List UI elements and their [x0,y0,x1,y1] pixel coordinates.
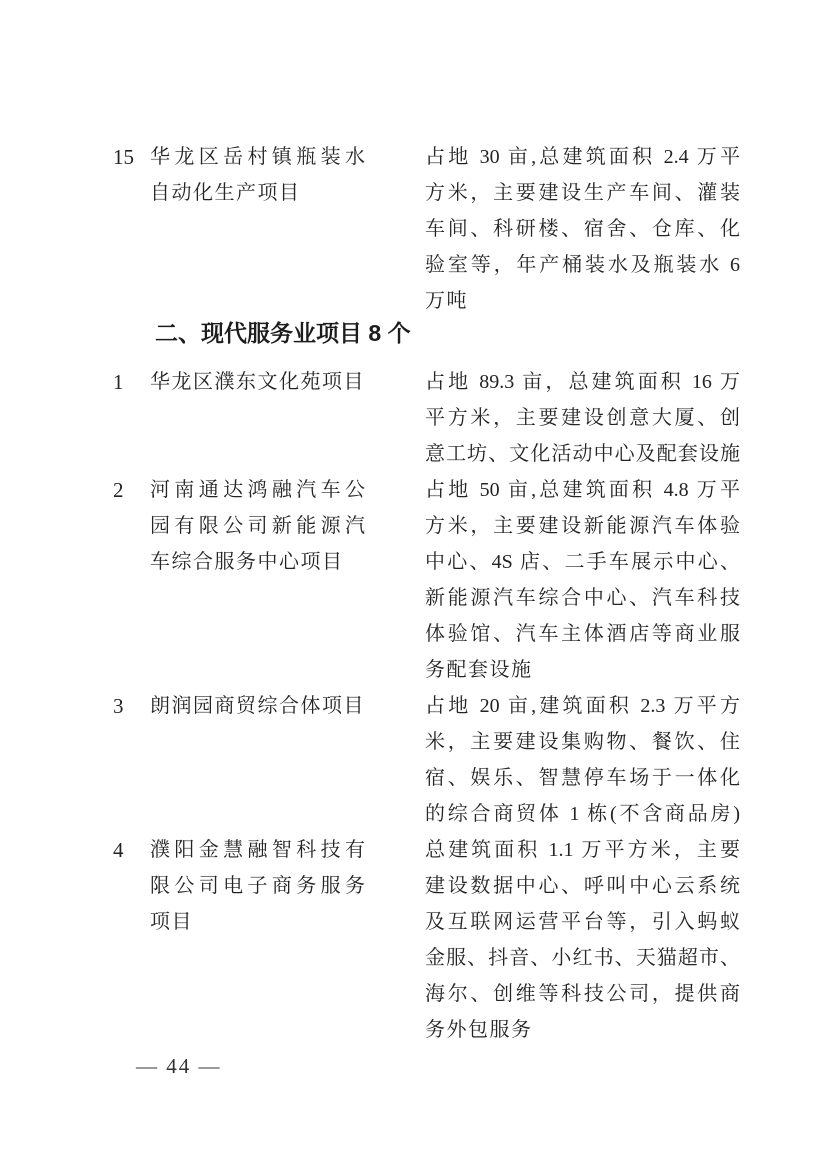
item-title: 朗润园商贸综合体项目 [150,688,365,724]
text-line: 意工坊、文化活动中心及配套设施 [425,436,740,472]
text-line: 及互联网运营平台等，引入蚂蚁 [425,904,740,940]
text-line: 方米，主要建设新能源汽车体验 [425,508,740,544]
text-line: 宿、娱乐、智慧停车场于一体化 [425,760,740,796]
list-item: 2 河南通达鸿融汽车公园有限公司新能源汽车综合服务中心项目 占地 50 亩,总建… [0,472,826,688]
item-description: 总建筑面积 1.1 万平方米，主要建设数据中心、呼叫中心云系统及互联网运营平台等… [425,832,740,1048]
text-line: 万吨 [425,283,740,319]
text-line: 新能源汽车综合中心、汽车科技 [425,580,740,616]
text-line: 濮阳金慧融智科技有 [150,832,365,868]
text-line: 自动化生产项目 [150,175,365,211]
list-item: 4 濮阳金慧融智科技有限公司电子商务服务项目 总建筑面积 1.1 万平方米，主要… [0,832,826,1048]
text-line: 华龙区岳村镇瓶装水 [150,139,365,175]
text-line: 华龙区濮东文化苑项目 [150,364,365,400]
document-page: 15 华龙区岳村镇瓶装水自动化生产项目 占地 30 亩,总建筑面积 2.4 万平… [0,0,826,1169]
item-title: 华龙区濮东文化苑项目 [150,364,365,400]
text-line: 占地 20 亩,建筑面积 2.3 万平方 [425,688,740,724]
list-item: 3 朗润园商贸综合体项目 占地 20 亩,建筑面积 2.3 万平方米，主要建设集… [0,688,826,832]
text-line: 河南通达鸿融汽车公 [150,472,365,508]
page-number: — 44 — [136,1054,222,1078]
text-line: 中心、4S 店、二手车展示中心、 [425,544,740,580]
text-line: 体验馆、汽车主体酒店等商业服 [425,616,740,652]
item-title: 华龙区岳村镇瓶装水自动化生产项目 [150,139,365,211]
text-line: 验室等，年产桶装水及瓶装水 6 [425,247,740,283]
item-number: 3 [113,688,150,724]
item-description: 占地 30 亩,总建筑面积 2.4 万平方米，主要建设生产车间、灌装车间、科研楼… [425,139,740,319]
section-heading: 二、现代服务业项目 8 个 [155,315,826,351]
text-line: 占地 30 亩,总建筑面积 2.4 万平 [425,139,740,175]
text-line: 朗润园商贸综合体项目 [150,688,365,724]
text-line: 平方米，主要建设创意大厦、创 [425,400,740,436]
text-line: 总建筑面积 1.1 万平方米，主要 [425,832,740,868]
text-line: 限公司电子商务服务 [150,868,365,904]
text-line: 车综合服务中心项目 [150,544,365,580]
item-title: 濮阳金慧融智科技有限公司电子商务服务项目 [150,832,365,940]
project-list: 15 华龙区岳村镇瓶装水自动化生产项目 占地 30 亩,总建筑面积 2.4 万平… [0,0,826,1048]
text-line: 米，主要建设集购物、餐饮、住 [425,724,740,760]
text-line: 建设数据中心、呼叫中心云系统 [425,868,740,904]
text-line: 务外包服务 [425,1012,740,1048]
item-number: 1 [113,364,150,400]
list-item: 1 华龙区濮东文化苑项目 占地 89.3 亩，总建筑面积 16 万平方米，主要建… [0,364,826,472]
item-description: 占地 50 亩,总建筑面积 4.8 万平方米，主要建设新能源汽车体验中心、4S … [425,472,740,688]
text-line: 项目 [150,904,365,940]
text-line: 占地 89.3 亩，总建筑面积 16 万 [425,364,740,400]
item-number: 15 [113,139,150,175]
text-line: 务配套设施 [425,652,740,688]
text-line: 海尔、创维等科技公司，提供商 [425,976,740,1012]
text-line: 方米，主要建设生产车间、灌装 [425,175,740,211]
item-number: 2 [113,472,150,508]
text-line: 的综合商贸体 1 栋(不含商品房) [425,796,740,832]
item-description: 占地 20 亩,建筑面积 2.3 万平方米，主要建设集购物、餐饮、住宿、娱乐、智… [425,688,740,832]
list-item: 15 华龙区岳村镇瓶装水自动化生产项目 占地 30 亩,总建筑面积 2.4 万平… [0,139,826,319]
item-number: 4 [113,832,150,868]
text-line: 车间、科研楼、宿舍、仓库、化 [425,211,740,247]
text-line: 园有限公司新能源汽 [150,508,365,544]
item-description: 占地 89.3 亩，总建筑面积 16 万平方米，主要建设创意大厦、创意工坊、文化… [425,364,740,472]
item-title: 河南通达鸿融汽车公园有限公司新能源汽车综合服务中心项目 [150,472,365,580]
text-line: 占地 50 亩,总建筑面积 4.8 万平 [425,472,740,508]
text-line: 金服、抖音、小红书、天猫超市、 [425,940,740,976]
